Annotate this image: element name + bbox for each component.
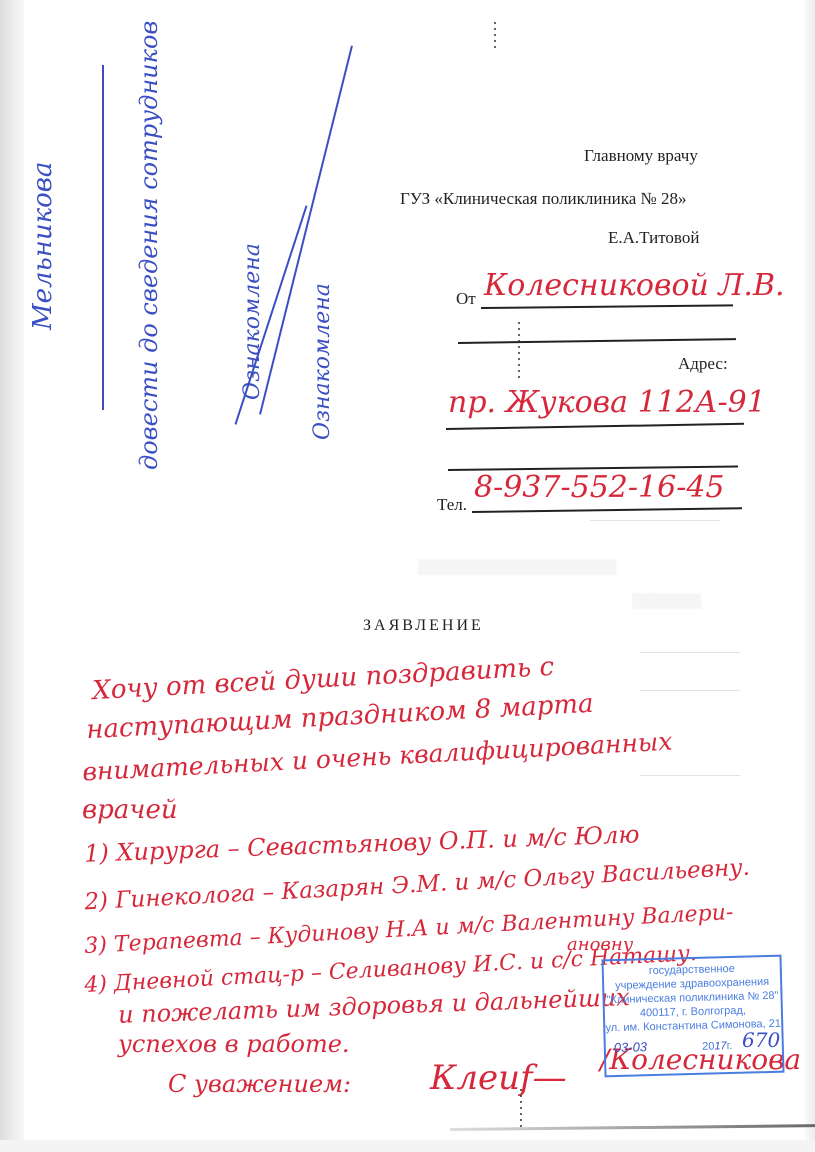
- scan-artifact-dots: [518, 318, 521, 382]
- stamp-year-prefix: 20: [702, 1040, 715, 1052]
- ghost-text: ▒▒▒▒▒▒▒▒▒▒▒▒▒▒▒▒▒▒▒▒: [418, 560, 616, 576]
- ghost-line: [640, 690, 740, 691]
- margin-note-ack-1: Ознакомлена: [240, 243, 265, 400]
- stamp-year-end: г.: [726, 1040, 732, 1052]
- margin-note-rule: [102, 65, 104, 410]
- addressee-line-2: ГУЗ «Клиническая поликлиника № 28»: [400, 189, 686, 209]
- ghost-line: [640, 775, 740, 776]
- margin-note-ack-2: Ознакомлена: [310, 283, 335, 440]
- scan-bottom-strip: [0, 1140, 815, 1152]
- address-value[interactable]: пр. Жукова 112А-91: [448, 385, 766, 420]
- address-label: Адрес:: [678, 354, 728, 374]
- body-line-4: врачей: [82, 795, 178, 825]
- stamp-date[interactable]: 03-03: [614, 1039, 648, 1055]
- document-title: ЗАЯВЛЕНИЕ: [363, 617, 484, 635]
- margin-note-instruction: довести до сведения сотрудников: [135, 21, 163, 470]
- phone-value[interactable]: 8-937-552-16-45: [474, 470, 725, 505]
- scan-edge-left: [0, 0, 24, 1140]
- scan-artifact-dots: [520, 1085, 523, 1131]
- phone-label: Тел.: [437, 495, 467, 515]
- stamp-year[interactable]: 17: [714, 1040, 727, 1052]
- addressee-line-1: Главному врачу: [584, 146, 698, 166]
- scan-edge-right: [805, 0, 815, 1140]
- ghost-line: [590, 520, 720, 521]
- margin-note-instruction-text: довести до сведения сотрудников: [135, 21, 163, 470]
- signoff: С уважением:: [168, 1070, 351, 1098]
- from-value[interactable]: Колесниковой Л.В.: [484, 268, 785, 303]
- institution-stamp: государственное учреждение здравоохранен…: [601, 955, 784, 1078]
- margin-note-name: Мельникова: [28, 162, 58, 330]
- from-label: От: [456, 289, 476, 309]
- addressee-line-3: Е.А.Титовой: [608, 228, 699, 248]
- scan-artifact-dots: [494, 18, 497, 52]
- ghost-text: ▒▒▒▒▒▒▒: [632, 594, 701, 610]
- ghost-line: [640, 652, 740, 653]
- closing-line-2: успехов в работе.: [118, 1030, 350, 1058]
- incoming-number[interactable]: 670: [742, 1028, 780, 1052]
- signature-scribble: Клеиf—: [430, 1058, 567, 1098]
